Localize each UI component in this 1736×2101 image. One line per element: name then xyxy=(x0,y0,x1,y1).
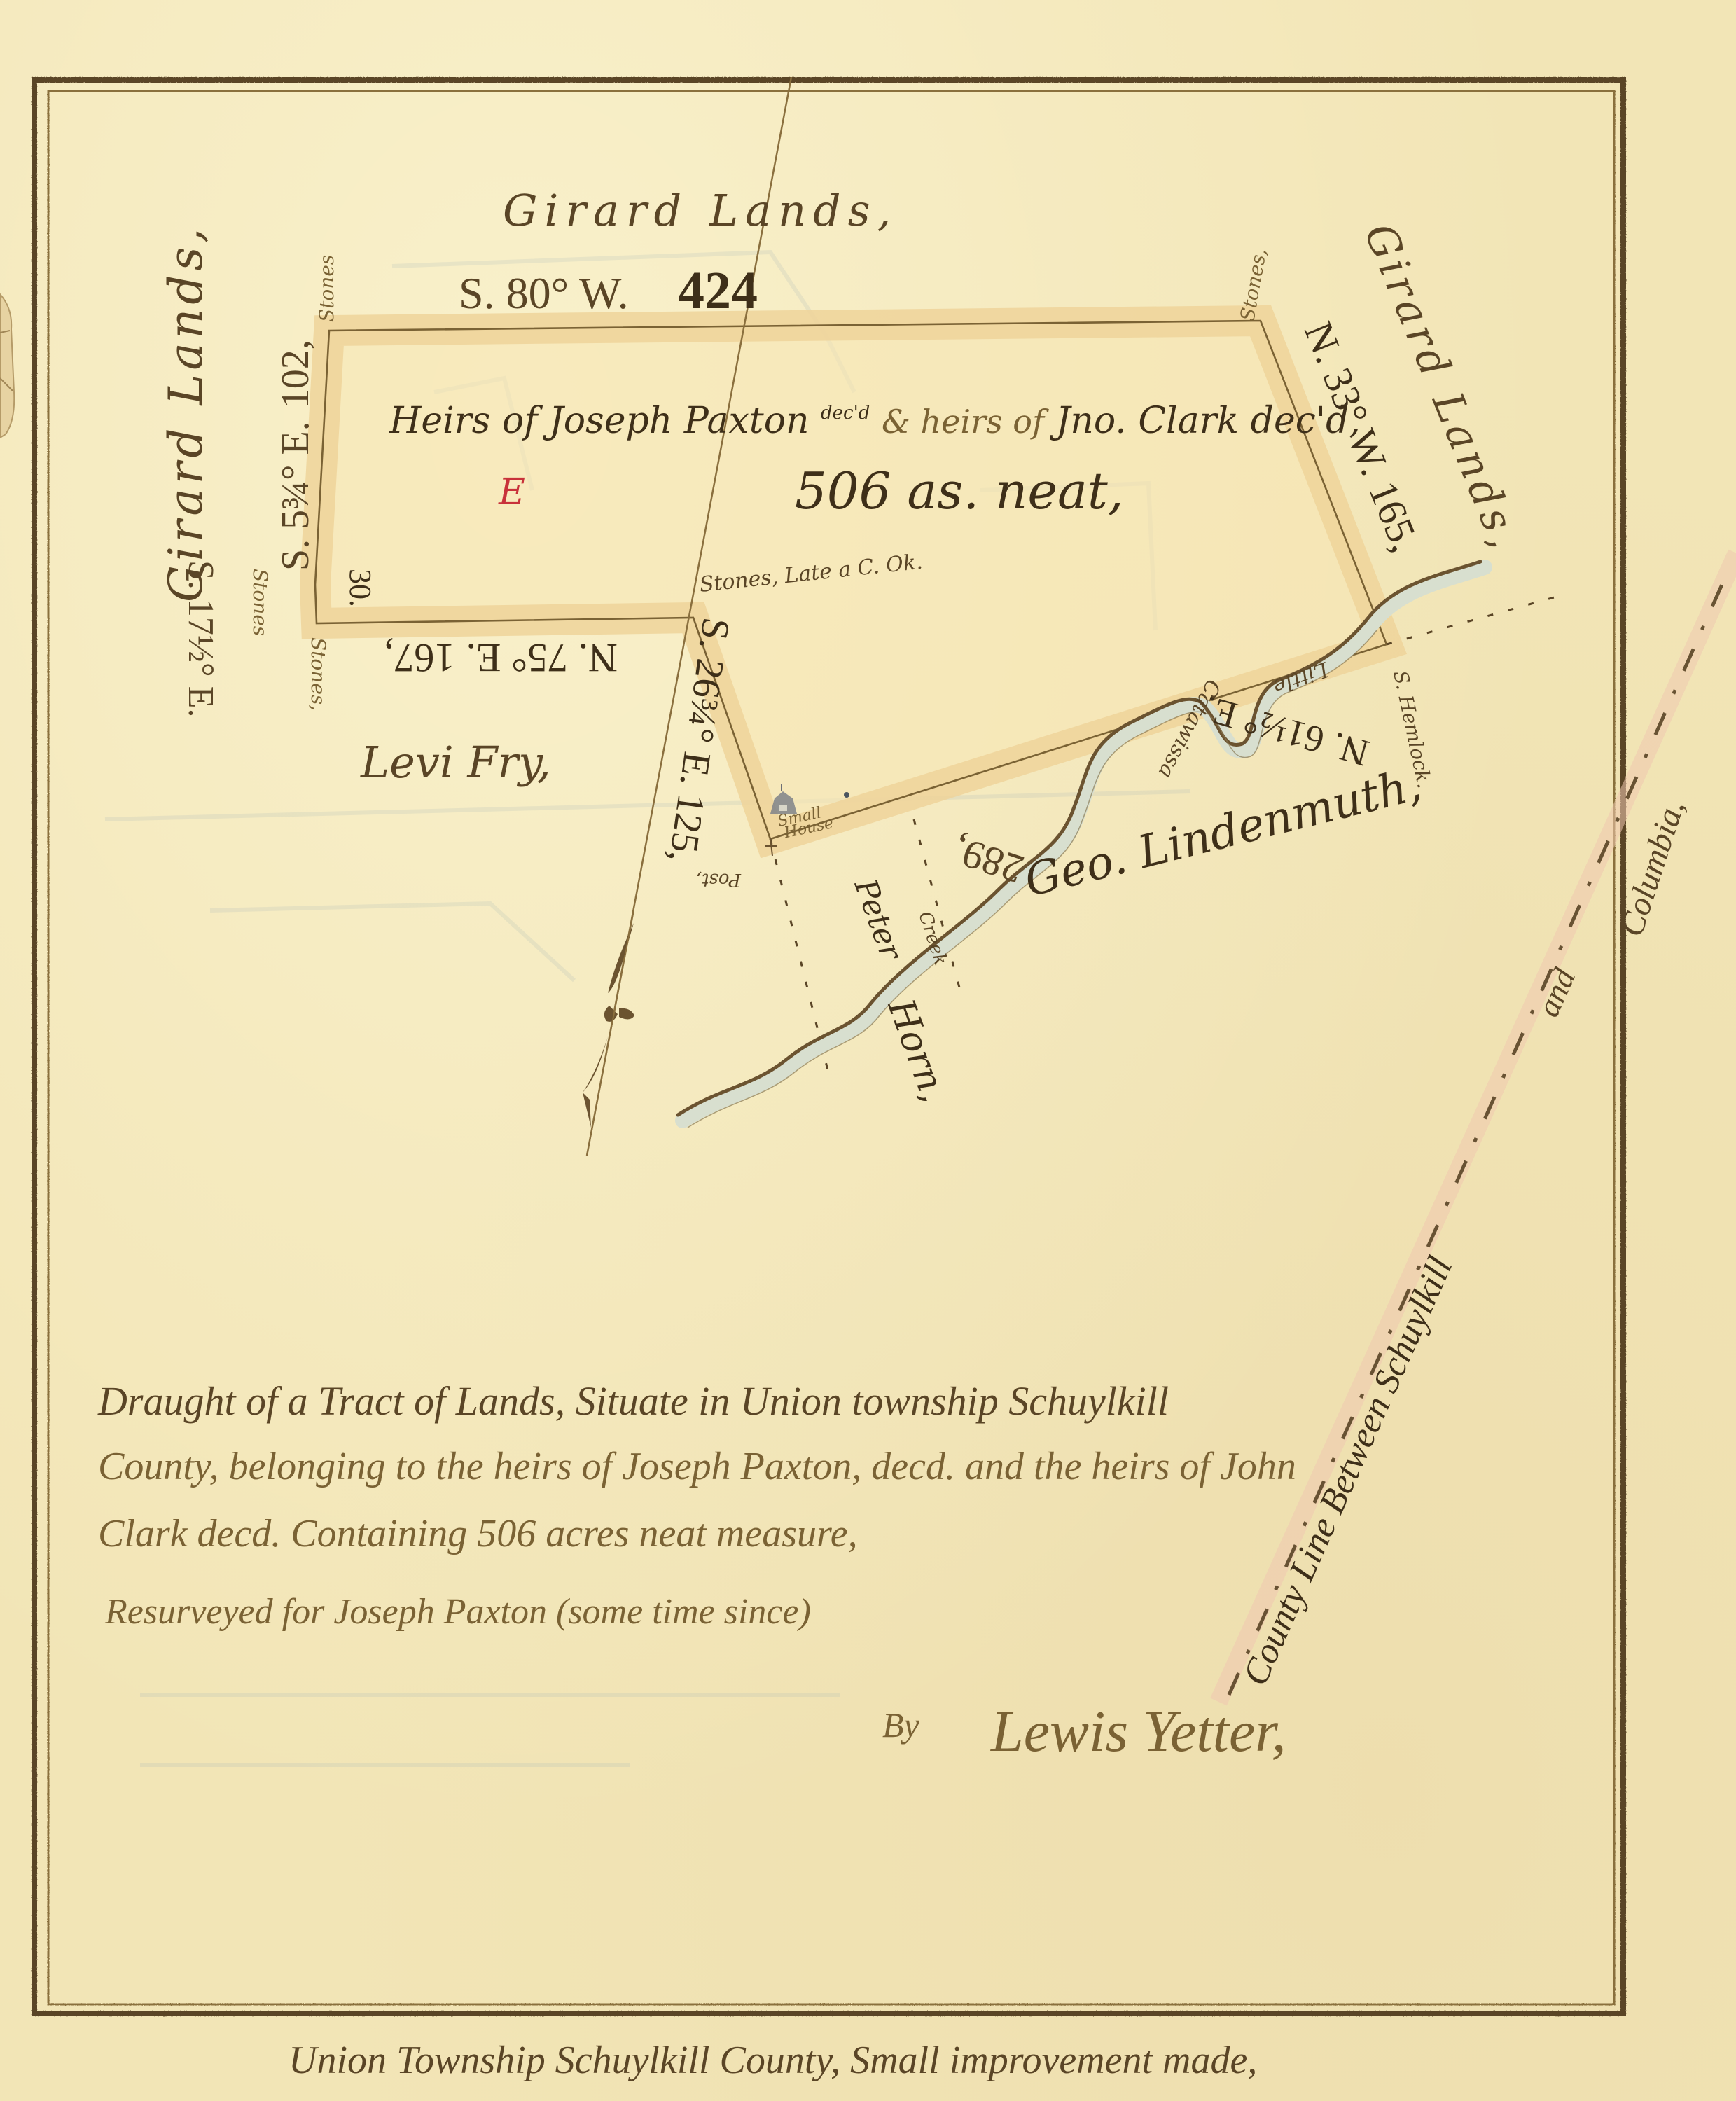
west-upper-course: S. 5¾° E.102, xyxy=(274,340,317,571)
plot-letter: E xyxy=(498,471,525,513)
road-label-horn: Horn, xyxy=(879,993,955,1108)
corner-wbottom-label: Stones, xyxy=(307,637,330,711)
west-adjoiner-label: Girard Lands, xyxy=(159,224,213,602)
caption-line-1: Draught of a Tract of Lands, Situate in … xyxy=(97,1378,1169,1424)
south-course-distance: 289, xyxy=(947,827,1029,892)
road-label-peter: Peter xyxy=(847,873,910,966)
southeast-adjoiner-label: Geo. Lindenmuth, xyxy=(1020,758,1426,907)
caption-block: Draught of a Tract of Lands, Situate in … xyxy=(97,1378,1296,1764)
corner-wjog-label: Stones xyxy=(249,569,272,636)
acreage-label: 506 as. neat, xyxy=(795,462,1124,520)
footer-note: Union Township Schuylkill County, Small … xyxy=(289,2039,1257,2082)
north-adjoiner-label: Girard Lands, xyxy=(503,185,898,236)
caption-line-4: Resurveyed for Joseph Paxton (some time … xyxy=(104,1592,811,1632)
corner-sw-label: Post, xyxy=(696,869,742,890)
paper-sheet: Girard Lands, S. 80° W. 424 Girard Lands… xyxy=(0,0,1736,2101)
north-course-bearing: S. 80° W. xyxy=(459,268,629,318)
southwest-adjoiner-label: Levi Fry, xyxy=(360,737,551,788)
southwest-course: N. 75° E.167, xyxy=(384,635,618,681)
caption-line-2: County, belonging to the heirs of Joseph… xyxy=(98,1445,1296,1488)
binding-edge xyxy=(0,294,14,438)
corner-nw-label: Stones xyxy=(315,255,338,322)
caption-line-3: Clark decd. Containing 506 acres neat me… xyxy=(98,1512,858,1555)
survey-map: Girard Lands, S. 80° W. 424 Girard Lands… xyxy=(0,0,1736,2101)
signature-name: Lewis Yetter, xyxy=(990,1699,1286,1764)
signature-by: By xyxy=(882,1705,920,1745)
west-jog-distance: 30. xyxy=(343,569,377,607)
north-course-distance: 424 xyxy=(678,261,758,320)
west-jog-bearing: S. 17½° E. xyxy=(181,560,221,717)
south-course-bearing: N. 61½° E. xyxy=(1199,688,1373,775)
north-arrow-icon xyxy=(583,910,634,1156)
